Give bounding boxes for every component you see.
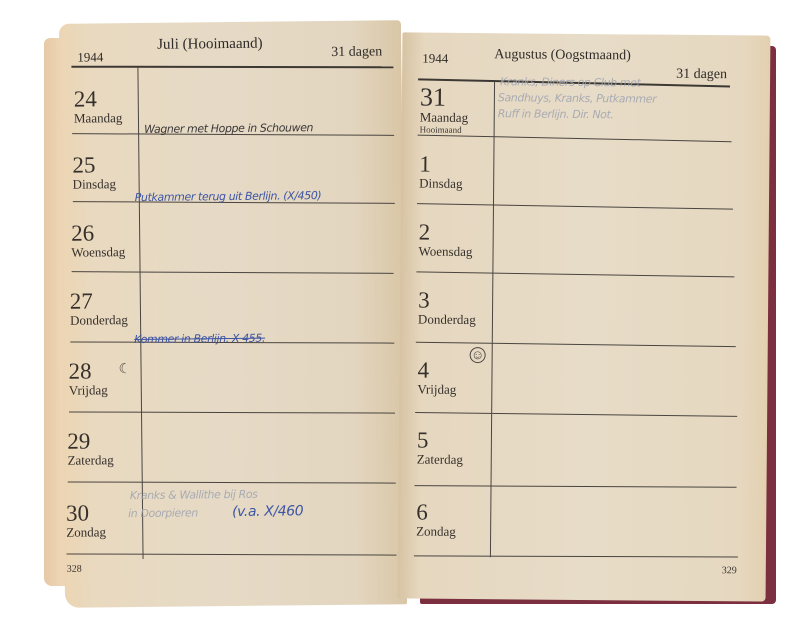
pencil-note: Kranks & Wallithe bij Ros (130, 488, 258, 502)
day-number: 29 (67, 429, 113, 453)
weekday-label: Woensdag (419, 245, 473, 259)
weekday-label: Zondag (66, 525, 106, 539)
handwritten-note: Putkammer terug uit Berlijn. (X/450) (135, 189, 322, 204)
weekday-label: Donderdag (70, 313, 128, 328)
year-label: 1944 (77, 49, 103, 65)
page-number: 329 (722, 565, 737, 576)
day-number: 6 (416, 501, 456, 525)
full-moon-icon: ☺ (470, 347, 486, 363)
day-row-26: 26 Woensdag (71, 221, 125, 260)
weekday-label: Zaterdag (67, 453, 113, 467)
pencil-note: Sandhuys, Kranks, Putkammer (498, 91, 656, 105)
row-rule (415, 485, 737, 488)
row-rule (69, 411, 395, 413)
row-rule (418, 135, 732, 143)
left-page-july: 1944 Juli (Hooimaand) 31 dagen 24 Maanda… (59, 20, 407, 608)
day-number: 28 (68, 359, 107, 383)
day-number: 5 (417, 429, 463, 453)
weekday-label: Donderdag (418, 313, 476, 328)
day-row-24: 24 Maandag (74, 87, 123, 126)
weekday-label: Zaterdag (417, 453, 463, 467)
day-row-27: 27 Donderdag (70, 289, 128, 328)
day-row-31: 31 Maandag Hooimaand (420, 85, 469, 135)
row-rule (415, 412, 737, 417)
day-row-29: 29 Zaterdag (67, 429, 114, 467)
handwritten-note: Wagner met Hoppe in Schouwen (144, 121, 313, 136)
row-rule (68, 481, 396, 483)
column-divider (137, 67, 143, 559)
weekday-label: Maandag (74, 111, 123, 126)
day-row-1: 1 Dinsdag (419, 153, 463, 191)
pencil-note: Ruff in Berlijn. Dir. Not. (498, 107, 614, 121)
right-page-august: 1944 Augustus (Oogstmaand) 31 dagen 31 M… (398, 32, 771, 601)
weekday-label: Woensdag (71, 245, 125, 260)
day-number: 1 (419, 153, 463, 177)
day-row-2: 2 Woensdag (419, 221, 473, 259)
day-row-28: 28 Vrijdag (68, 359, 107, 397)
day-number: 24 (74, 87, 123, 112)
day-row-30: 30 Zondag (66, 501, 106, 539)
day-row-4: 4 Vrijdag (417, 359, 456, 397)
row-rule (414, 555, 738, 557)
days-count: 31 dagen (331, 44, 382, 61)
day-number: 25 (72, 153, 116, 177)
pencil-note: in Doorpieren (128, 506, 198, 520)
month-title: Juli (Hooimaand) (157, 36, 263, 54)
month-title: Augustus (Oogstmaand) (494, 47, 631, 64)
previous-month-label: Hooimaand (420, 125, 468, 135)
weekday-label: Vrijdag (69, 383, 108, 397)
open-diary: 1944 Juli (Hooimaand) 31 dagen 24 Maanda… (0, 0, 800, 623)
day-row-25: 25 Dinsdag (72, 153, 116, 191)
weekday-label: Zondag (416, 525, 456, 539)
pencil-note: Kranks, Diners op Club met (500, 75, 640, 89)
day-number: 30 (66, 501, 106, 525)
days-count: 31 dagen (676, 67, 727, 83)
day-number: 4 (417, 359, 456, 383)
page-number: 328 (67, 564, 82, 575)
row-rule (416, 342, 736, 347)
day-row-5: 5 Zaterdag (417, 429, 464, 467)
weekday-label: Maandag (420, 111, 468, 125)
day-number: 27 (70, 289, 128, 314)
weekday-label: Dinsdag (73, 177, 116, 191)
row-rule (417, 203, 733, 210)
weekday-label: Vrijdag (417, 383, 456, 397)
row-rule (416, 271, 734, 277)
last-quarter-moon-icon: ☾ (118, 361, 131, 378)
day-number: 2 (419, 221, 473, 245)
year-label: 1944 (422, 51, 448, 67)
weekday-label: Dinsdag (419, 177, 462, 191)
handwritten-note: (v.a. X/460 (232, 503, 303, 520)
row-rule (72, 271, 394, 274)
handwritten-note-struck: Kommer in Berlijn. X 455. (134, 332, 265, 346)
day-row-3: 3 Donderdag (418, 289, 476, 328)
day-number: 3 (418, 289, 476, 314)
day-row-6: 6 Zondag (416, 501, 456, 539)
day-number: 26 (71, 221, 125, 246)
header-rule (71, 66, 393, 68)
day-number: 31 (420, 85, 469, 111)
row-rule (67, 553, 397, 555)
